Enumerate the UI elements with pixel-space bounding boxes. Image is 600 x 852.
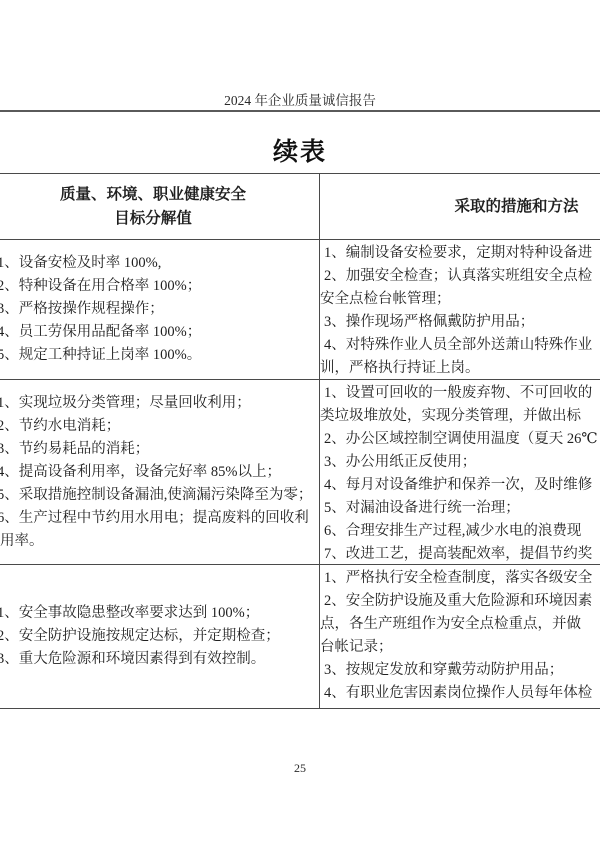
text-line: 6、合理安排生产过程,减少水电的浪费现: [324, 520, 600, 543]
table-cell-measures-row1: 1、编制设备安检要求，定期对特种设备进 2、加强安全检查；认真落实班组安全点检 …: [319, 239, 600, 379]
targets-measures-table: 质量、环境、职业健康安全 目标分解值 采取的措施和方法 1、设备安检及时率 10…: [0, 173, 600, 709]
text-line: 点，各生产班组作为安全点检重点，并做: [320, 613, 600, 636]
text-line: 2、安全防护设施按规定达标，并定期检查；: [0, 625, 319, 648]
table-header-right: 采取的措施和方法: [319, 174, 600, 239]
text-line: 台帐记录；: [320, 636, 600, 659]
text-line: 4、每月对设备维护和保养一次，及时维修: [324, 474, 600, 497]
header-rule: [0, 110, 600, 112]
text-line: 3、节约易耗品的消耗；: [0, 438, 319, 461]
text-line: 1、实现垃圾分类管理；尽量回收利用；: [0, 392, 319, 415]
text-line: 3、按规定发放和穿戴劳动防护用品；: [324, 659, 600, 682]
text-line: 1、严格执行安全检查制度，落实各级安全: [324, 567, 600, 590]
text-line: 1、安全事故隐患整改率要求达到 100%；: [0, 602, 319, 625]
table-cell-targets-row3: 1、安全事故隐患整改率要求达到 100%； 2、安全防护设施按规定达标，并定期检…: [0, 564, 319, 708]
text-line: 6、生产过程中节约用水用电；提高废料的回收利: [0, 507, 319, 530]
text-line: 1、设备安检及时率 100%,: [0, 252, 319, 275]
header-line: 目标分解值: [0, 207, 319, 231]
table-cell-measures-row2: 1、设置可回收的一般废弃物、不可回收的 类垃圾堆放处，实现分类管理，并做出标 2…: [319, 379, 600, 564]
page-header-title: 2024 年企业质量诚信报告: [0, 89, 600, 109]
page-number: 25: [0, 761, 600, 776]
text-line: 用率。: [0, 530, 319, 553]
text-line: 5、规定工种持证上岗率 100%。: [0, 344, 319, 367]
text-line: 4、提高设备利用率，设备完好率 85%以上；: [0, 461, 319, 484]
text-line: 安全点检台帐管理；: [320, 288, 600, 311]
text-line: 1、设置可回收的一般废弃物、不可回收的: [324, 382, 600, 405]
text-line: 7、改进工艺，提高装配效率，提倡节约奖: [324, 543, 600, 564]
text-line: 训，严格执行持证上岗。: [320, 357, 600, 379]
continued-table-title: 续表: [0, 132, 600, 168]
text-line: 类垃圾堆放处，实现分类管理，并做出标: [320, 405, 600, 428]
text-line: 3、重大危险源和环境因素得到有效控制。: [0, 648, 319, 671]
text-line: 2、节约水电消耗；: [0, 415, 319, 438]
text-line: 3、操作现场严格佩戴防护用品；: [324, 311, 600, 334]
text-line: 3、严格按操作规程操作；: [0, 298, 319, 321]
table-cell-targets-row2: 1、实现垃圾分类管理；尽量回收利用； 2、节约水电消耗； 3、节约易耗品的消耗；…: [0, 379, 319, 564]
text-line: 4、对特殊作业人员全部外送萧山特殊作业: [324, 334, 600, 357]
text-line: 5、采取措施控制设备漏油,使滴漏污染降至为零；: [0, 484, 319, 507]
document-page: 2024 年企业质量诚信报告 续表 质量、环境、职业健康安全 目标分解值 采取的…: [0, 0, 600, 852]
text-line: 3、办公用纸正反使用；: [324, 451, 600, 474]
text-line: 4、员工劳保用品配备率 100%；: [0, 321, 319, 344]
text-line: 2、特种设备在用合格率 100%；: [0, 275, 319, 298]
text-line: 4、有职业危害因素岗位操作人员每年体检: [324, 682, 600, 705]
header-line: 采取的措施和方法: [320, 195, 600, 219]
text-line: 5、对漏油设备进行统一治理；: [324, 497, 600, 520]
text-line: 2、安全防护设施及重大危险源和环境因素: [324, 590, 600, 613]
text-line: 1、编制设备安检要求，定期对特种设备进: [324, 242, 600, 265]
table-cell-measures-row3: 1、严格执行安全检查制度，落实各级安全 2、安全防护设施及重大危险源和环境因素 …: [319, 564, 600, 708]
table-cell-targets-row1: 1、设备安检及时率 100%, 2、特种设备在用合格率 100%； 3、严格按操…: [0, 239, 319, 379]
text-line: 2、加强安全检查；认真落实班组安全点检: [324, 265, 600, 288]
table-header-left: 质量、环境、职业健康安全 目标分解值: [0, 174, 319, 239]
header-line: 质量、环境、职业健康安全: [0, 183, 319, 207]
text-line: 2、办公区域控制空调使用温度（夏天 26℃: [324, 428, 600, 451]
